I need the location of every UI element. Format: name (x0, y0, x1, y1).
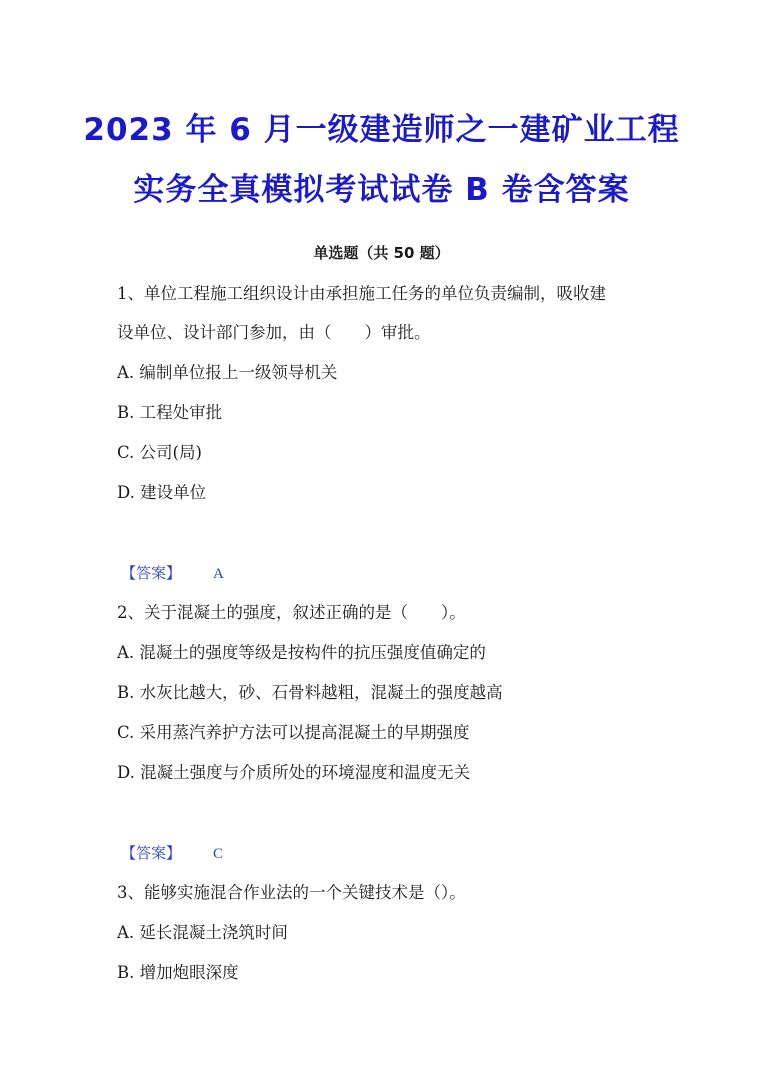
question-2-option-d: D. 混凝土强度与介质所处的环境湿度和温度无关 (117, 763, 470, 783)
question-1-option-a: A. 编制单位报上一级领导机关 (117, 363, 337, 383)
document-title-line-2: 实务全真模拟考试试卷 B 卷含答案 (0, 164, 763, 209)
question-1-stem-line-2: 设单位、设计部门参加，由（ ）审批。 (117, 323, 431, 343)
question-1-option-b: B. 工程处审批 (117, 403, 222, 423)
question-3-option-a: A. 延长混凝土浇筑时间 (117, 923, 288, 943)
question-1-answer: 【答案】A (121, 563, 224, 584)
document-title-line-1: 2023 年 6 月一级建造师之一建矿业工程 (0, 104, 763, 149)
question-1-option-c: C. 公司(局) (117, 443, 202, 463)
section-heading: 单选题（共 50 题） (0, 242, 763, 263)
answer-label: 【答案】 (121, 564, 181, 582)
question-2-option-c: C. 采用蒸汽养护方法可以提高混凝土的早期强度 (117, 723, 470, 743)
question-1-option-d: D. 建设单位 (117, 483, 206, 503)
answer-value: A (213, 566, 224, 582)
question-2-stem-line-1: 2、关于混凝土的强度，叙述正确的是（ ）。 (117, 603, 466, 623)
answer-value: C (213, 846, 223, 862)
question-3-option-b: B. 增加炮眼深度 (117, 963, 239, 983)
answer-label: 【答案】 (121, 844, 181, 862)
question-1-stem-line-1: 1、单位工程施工组织设计由承担施工任务的单位负责编制，吸收建 (117, 284, 606, 304)
question-2-option-b: B. 水灰比越大，砂、石骨料越粗，混凝土的强度越高 (117, 683, 503, 703)
question-2-option-a: A. 混凝土的强度等级是按构件的抗压强度值确定的 (117, 643, 486, 663)
question-2-answer: 【答案】C (121, 843, 223, 864)
question-3-stem-line-1: 3、能够实施混合作业法的一个关键技术是（）。 (117, 883, 466, 903)
